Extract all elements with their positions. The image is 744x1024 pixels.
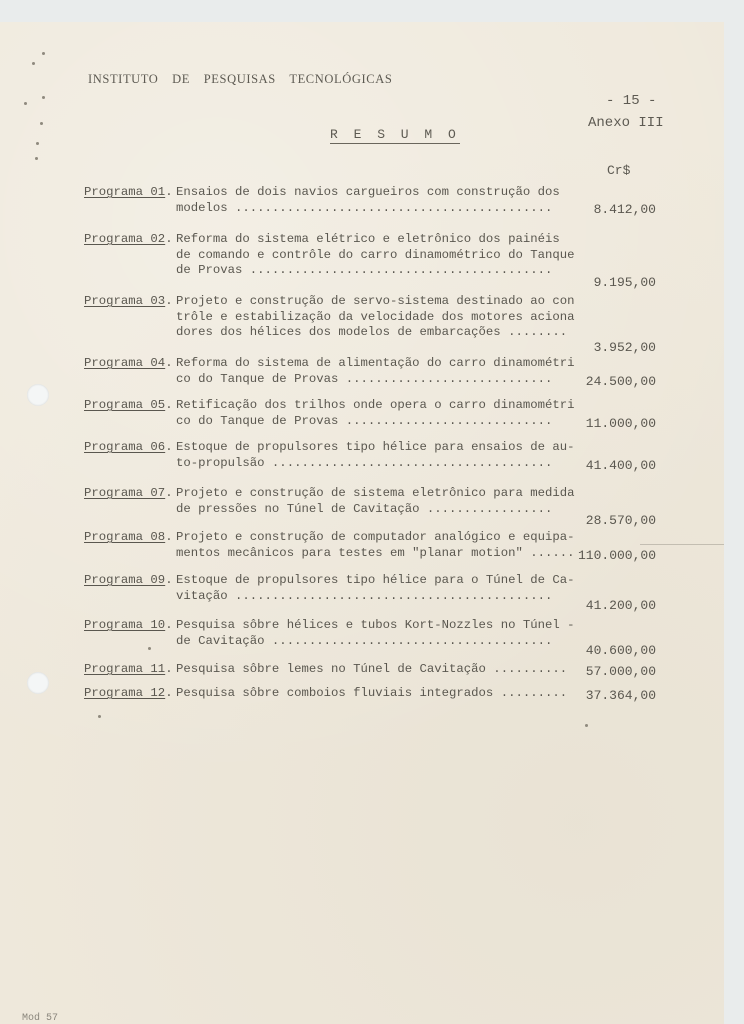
form-code-mark: Mod 57 [22,1013,58,1024]
stray-mark [35,157,38,160]
fold-line [640,544,724,545]
program-amount: 3.952,00 [594,340,656,356]
program-label: Programa 12. [84,686,173,702]
stray-mark [42,96,45,99]
stray-mark [42,52,45,55]
program-description: Projeto e construção de sistema eletrôni… [176,486,581,517]
program-description: Reforma do sistema elétrico e eletrônico… [176,232,581,279]
document-page: INSTITUTO DE PESQUISAS TECNOLÓGICAS - 15… [0,22,724,1024]
program-description: Pesquisa sôbre lemes no Túnel de Cavitaç… [176,662,581,678]
program-label: Programa 02. [84,232,173,248]
program-amount: 9.195,00 [594,275,656,291]
program-amount: 40.600,00 [586,643,656,659]
currency-header: Cr$ [607,163,630,178]
program-amount: 110.000,00 [578,548,656,564]
stray-mark [98,715,101,718]
program-label: Programa 04. [84,356,173,372]
page-number: - 15 - [606,93,656,109]
punch-hole-bottom [27,672,49,694]
punch-hole-top [27,384,49,406]
program-amount: 28.570,00 [586,513,656,529]
program-label: Programa 05. [84,398,173,414]
annex-label: Anexo III [588,115,664,131]
program-label: Programa 01. [84,185,173,201]
program-label: Programa 11. [84,662,173,678]
program-description: Projeto e construção de servo-sistema de… [176,294,581,341]
program-label: Programa 08. [84,530,173,546]
program-description: Ensaios de dois navios cargueiros com co… [176,185,581,216]
program-description: Estoque de propulsores tipo hélice para … [176,573,581,604]
program-description: Pesquisa sôbre comboios fluviais integra… [176,686,581,702]
program-label: Programa 09. [84,573,173,589]
stray-mark [148,647,151,650]
stray-mark [24,102,27,105]
program-description: Reforma do sistema de alimentação do car… [176,356,581,387]
program-description: Estoque de propulsores tipo hélice para … [176,440,581,471]
page-title: R E S U M O [330,127,460,144]
institution-header: INSTITUTO DE PESQUISAS TECNOLÓGICAS [88,72,392,87]
stray-mark [585,724,588,727]
stray-mark [36,142,39,145]
program-label: Programa 10. [84,618,173,634]
program-amount: 8.412,00 [594,202,656,218]
program-amount: 41.400,00 [586,458,656,474]
program-label: Programa 06. [84,440,173,456]
program-amount: 37.364,00 [586,688,656,704]
program-description: Projeto e construção de computador analó… [176,530,581,561]
program-amount: 24.500,00 [586,374,656,390]
program-amount: 11.000,00 [586,416,656,432]
stray-mark [40,122,43,125]
program-amount: 57.000,00 [586,664,656,680]
stray-mark [32,62,35,65]
program-label: Programa 03. [84,294,173,310]
program-description: Pesquisa sôbre hélices e tubos Kort-Nozz… [176,618,581,649]
program-label: Programa 07. [84,486,173,502]
program-description: Retificação dos trilhos onde opera o car… [176,398,581,429]
program-amount: 41.200,00 [586,598,656,614]
